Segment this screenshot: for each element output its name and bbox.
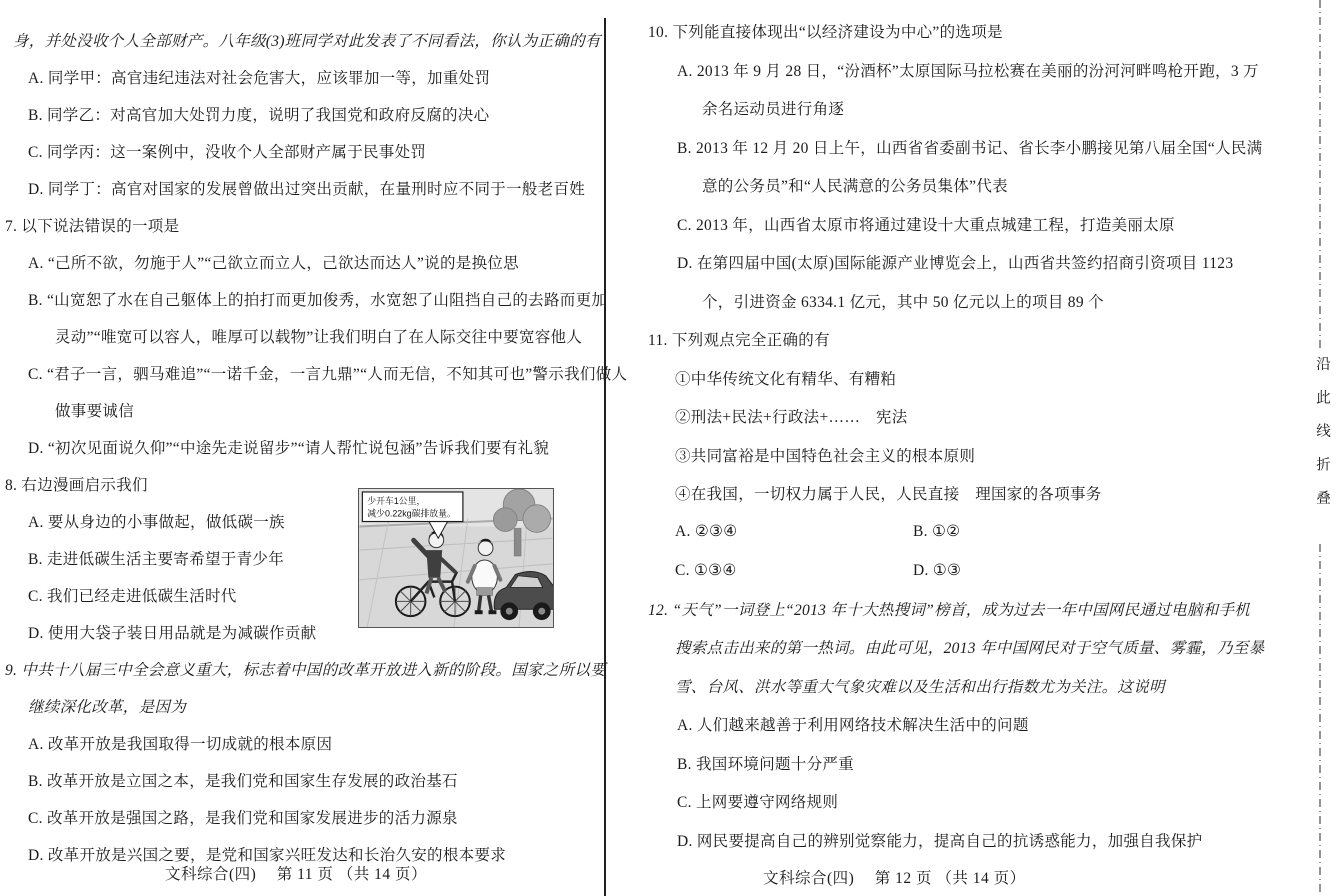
page-divider-line (604, 18, 606, 896)
q10-stem: 10. 下列能直接体现出“以经济建设为中心”的选项是 (648, 12, 1308, 51)
q12-stem-line1: 12. “天气”一词登上“2013 年十大热搜词”榜首，成为过去一年中国网民通过… (648, 590, 1308, 629)
q10-option-a-line1: A. 2013 年 9 月 28 日，“汾酒杯”太原国际马拉松赛在美丽的汾河河畔… (648, 51, 1308, 90)
q10-option-c: C. 2013 年，山西省太原市将通过建设十大重点城建工程，打造美丽太原 (648, 205, 1308, 244)
cartoon-drawing: 少开车1公里， 减少0.22kg碳排放量。 (359, 489, 553, 627)
q11-item-2: ②刑法+民法+行政法+…… 宪法 (648, 397, 1308, 436)
q12-option-d: D. 网民要提高自己的辨别觉察能力，提高自己的抗诱惑能力，加强自我保护 (648, 821, 1308, 860)
exam-paper-scan: 身，并处没收个人全部财产。八年级(3)班同学对此发表了不同看法，你认为正确的有 … (0, 0, 1339, 896)
q7-option-a: A. “己所不欲，勿施于人”“己欲立而立人，己欲达而达人”说的是换位思 (5, 243, 605, 280)
fold-instruction-label: 沿此线折叠 (1306, 352, 1339, 542)
q11-option-d: D. ①③ (913, 561, 961, 580)
speech-bubble-line1: 少开车1公里， (367, 495, 425, 507)
q9-option-c: C. 改革开放是强国之路，是我们党和国家发展进步的活力源泉 (5, 798, 605, 835)
q7-option-c-line2: 做事要诚信 (5, 391, 605, 428)
q8-cartoon-image: 少开车1公里， 减少0.22kg碳排放量。 (358, 488, 554, 628)
speech-bubble-line2: 减少0.22kg碳排放量。 (367, 508, 456, 519)
q11-item-1: ①中华传统文化有精华、有糟粕 (648, 359, 1308, 398)
q11-option-b: B. ①② (913, 522, 960, 541)
page-right: 10. 下列能直接体现出“以经济建设为中心”的选项是 A. 2013 年 9 月… (648, 12, 1308, 859)
q6-stem-continuation: 身，并处没收个人全部财产。八年级(3)班同学对此发表了不同看法，你认为正确的有 (5, 21, 605, 58)
q12-option-a: A. 人们越来越善于利用网络技术解决生活中的问题 (648, 705, 1308, 744)
q7-option-c-line1: C. “君子一言，驷马难追”“一诺千金，一言九鼎”“人而无信，不知其可也”警示我… (5, 354, 605, 391)
q10-option-d-line1: D. 在第四届中国(太原)国际能源产业博览会上，山西省共签约招商引资项目 112… (648, 243, 1308, 282)
q9-stem-line1: 9. 中共十八届三中全会意义重大，标志着中国的改革开放进入新的阶段。国家之所以要 (5, 650, 605, 687)
q7-option-b-line2: 灵动”“唯宽可以容人，唯厚可以载物”让我们明白了在人际交往中要宽容他人 (5, 317, 605, 354)
q12-option-c: C. 上网要遵守网络规则 (648, 782, 1308, 821)
q9-option-b: B. 改革开放是立国之本，是我们党和国家生存发展的政治基石 (5, 761, 605, 798)
q7-stem: 7. 以下说法错误的一项是 (5, 206, 605, 243)
q10-option-b-line2: 意的公务员”和“人民满意的公务员集体”代表 (648, 166, 1308, 205)
q6-option-d: D. 同学丁：高官对国家的发展曾做出过突出贡献，在量刑时应不同于一般老百姓 (5, 169, 605, 206)
page-left: 身，并处没收个人全部财产。八年级(3)班同学对此发表了不同看法，你认为正确的有 … (5, 21, 605, 872)
q11-option-a: A. ②③④ (675, 522, 913, 541)
q6-option-a: A. 同学甲：高官违纪违法对社会危害大，应该罪加一等，加重处罚 (5, 58, 605, 95)
q6-option-c: C. 同学丙：这一案例中，没收个人全部财产属于民事处罚 (5, 132, 605, 169)
q11-item-4: ④在我国，一切权力属于人民，人民直接 理国家的各项事务 (648, 474, 1308, 513)
q7-option-b-line1: B. “山宽恕了水在自己躯体上的拍打而更加俊秀，水宽恕了山阻挡自己的去路而更加 (5, 280, 605, 317)
q11-stem: 11. 下列观点完全正确的有 (648, 320, 1308, 359)
q11-answer-row-2: C. ①③④ D. ①③ (648, 551, 1308, 590)
page-left-footer: 文科综合(四) 第 11 页 （共 14 页） (165, 862, 427, 884)
q7-option-d: D. “初次见面说久仰”“中途先走说留步”“请人帮忙说包涵”告诉我们要有礼貌 (5, 428, 605, 465)
q10-option-b-line1: B. 2013 年 12 月 20 日上午，山西省省委副书记、省长李小鹏接见第八… (648, 128, 1308, 167)
q12-option-b: B. 我国环境问题十分严重 (648, 744, 1308, 783)
q11-answer-row-1: A. ②③④ B. ①② (648, 513, 1308, 552)
q11-option-c: C. ①③④ (675, 561, 913, 580)
q10-option-a-line2: 余名运动员进行角逐 (648, 89, 1308, 128)
q12-stem-line2: 搜索点击出来的第一热词。由此可见，2013 年中国网民对于空气质量、雾霾，乃至暴 (648, 628, 1308, 667)
q9-stem-line2: 继续深化改革，是因为 (5, 687, 605, 724)
page-right-footer: 文科综合(四) 第 12 页 （共 14 页） (763, 866, 1026, 888)
q9-option-a: A. 改革开放是我国取得一切成就的根本原因 (5, 724, 605, 761)
q6-option-b: B. 同学乙：对高官加大处罚力度，说明了我国党和政府反腐的决心 (5, 95, 605, 132)
q11-item-3: ③共同富裕是中国特色社会主义的根本原则 (648, 436, 1308, 475)
q10-option-d-line2: 个，引进资金 6334.1 亿元，其中 50 亿元以上的项目 89 个 (648, 282, 1308, 321)
q12-stem-line3: 雪、台风、洪水等重大气象灾难以及生活和出行指数尤为关注。这说明 (648, 667, 1308, 706)
